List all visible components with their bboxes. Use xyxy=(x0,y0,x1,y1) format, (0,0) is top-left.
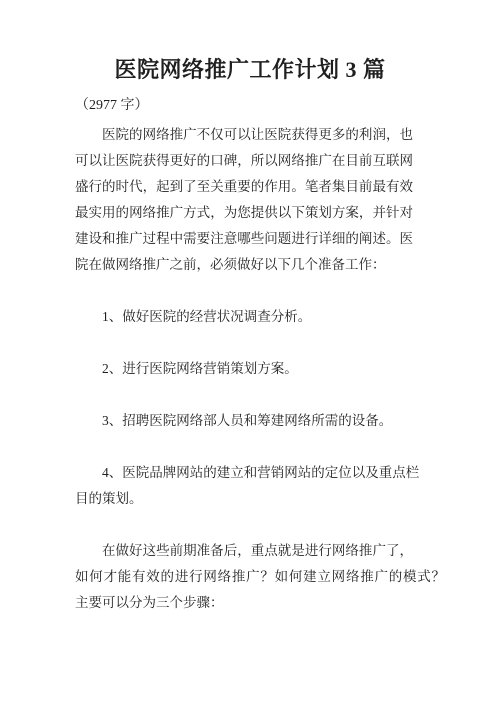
text-line: 最实用的网络推广方式，为您提供以下策划方案，并针对 xyxy=(75,200,413,226)
text-line: 3、招聘医院网络部人员和筹建网络所需的设备。 xyxy=(75,408,413,434)
document-page: 医院网络推广工作计划 3 篇 （2977 字） 医院的网络推广不仅可以让医院获得… xyxy=(0,0,500,707)
paragraph-intro: 医院的网络推广不仅可以让医院获得更多的利润，也 可以让医院获得更好的口碑，所以网… xyxy=(75,122,413,278)
word-count: （2977 字） xyxy=(75,93,500,119)
list-item-3: 3、招聘医院网络部人员和筹建网络所需的设备。 xyxy=(75,408,413,434)
list-item-2: 2、进行医院网络营销策划方案。 xyxy=(75,356,413,382)
document-body: 医院的网络推广不仅可以让医院获得更多的利润，也 可以让医院获得更好的口碑，所以网… xyxy=(75,122,413,616)
text-line: 目的策划。 xyxy=(75,486,413,512)
text-line: 盛行的时代，起到了至关重要的作用。笔者集目前最有效 xyxy=(75,174,413,200)
text-line: 可以让医院获得更好的口碑，所以网络推广在目前互联网 xyxy=(75,148,413,174)
text-line: 院在做网络推广之前，必须做好以下几个准备工作： xyxy=(75,252,413,278)
text-line: 医院的网络推广不仅可以让医院获得更多的利润，也 xyxy=(75,122,413,148)
list-item-4: 4、医院品牌网站的建立和营销网站的定位以及重点栏 目的策划。 xyxy=(75,460,413,512)
document-title: 医院网络推广工作计划 3 篇 xyxy=(0,57,500,83)
list-item-1: 1、做好医院的经营状况调查分析。 xyxy=(75,304,413,330)
text-line: 在做好这些前期准备后，重点就是进行网络推广了， xyxy=(75,538,413,564)
text-line: 如何才能有效的进行网络推广？如何建立网络推广的模式？ xyxy=(75,564,445,590)
text-line: 1、做好医院的经营状况调查分析。 xyxy=(75,304,413,330)
text-line: 主要可以分为三个步骤： xyxy=(75,590,413,616)
text-line: 2、进行医院网络营销策划方案。 xyxy=(75,356,413,382)
paragraph-closing: 在做好这些前期准备后，重点就是进行网络推广了， 如何才能有效的进行网络推广？如何… xyxy=(75,538,413,616)
text-line: 建设和推广过程中需要注意哪些问题进行详细的阐述。医 xyxy=(75,226,413,252)
text-line: 4、医院品牌网站的建立和营销网站的定位以及重点栏 xyxy=(75,460,413,486)
